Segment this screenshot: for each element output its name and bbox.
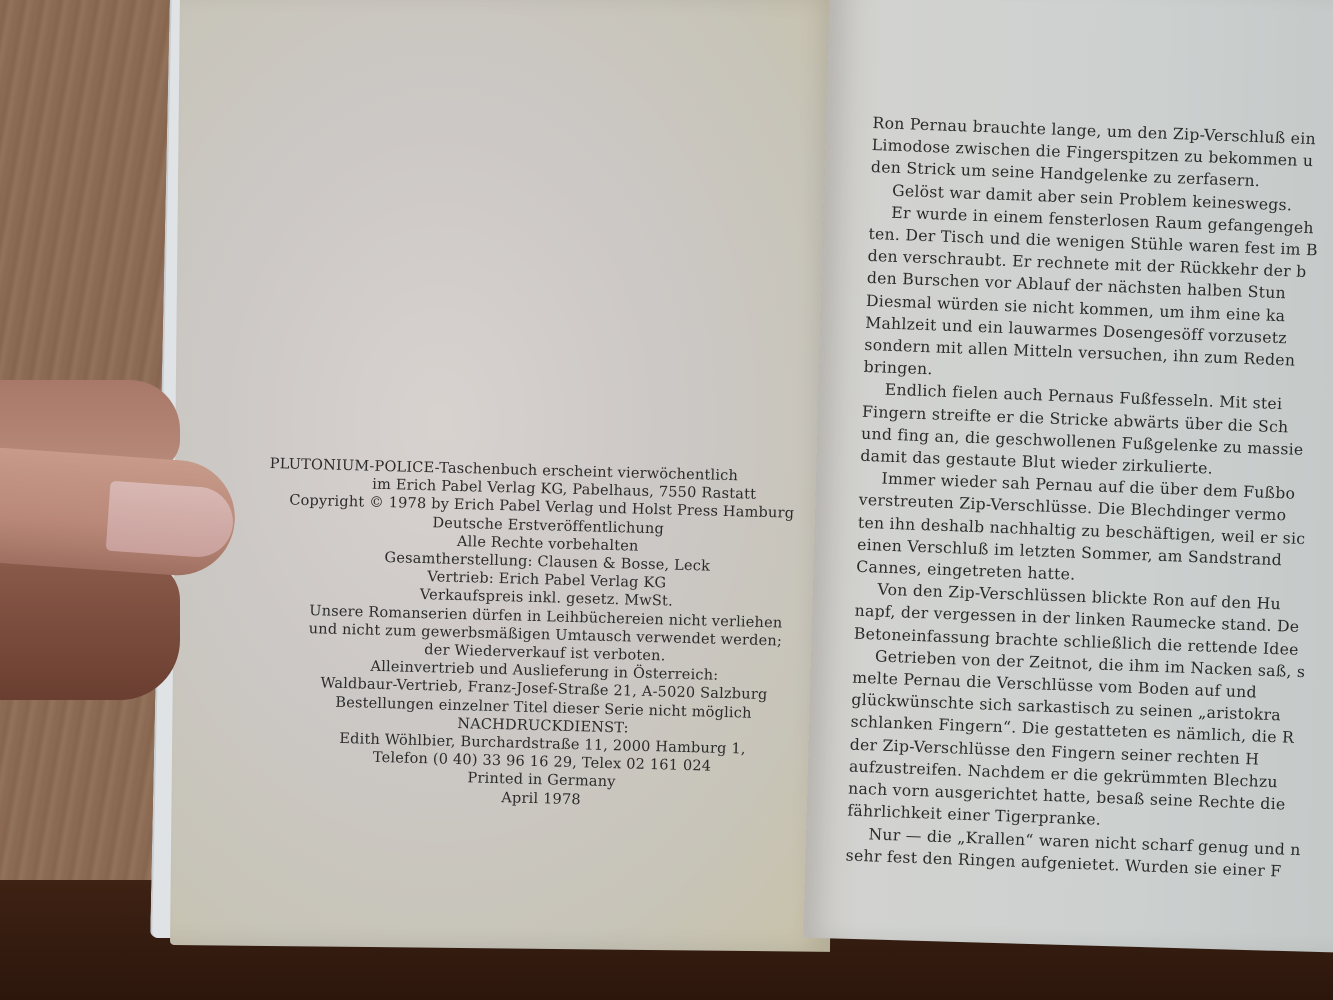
hand-palm: [0, 560, 180, 700]
story-text: Ron Pernau brauchte lange, um den Zip-Ve…: [845, 112, 1333, 885]
thumbnail: [106, 481, 236, 560]
imprint-text: PLUTONIUM-POLICE-Taschenbuch erscheint v…: [261, 455, 830, 815]
